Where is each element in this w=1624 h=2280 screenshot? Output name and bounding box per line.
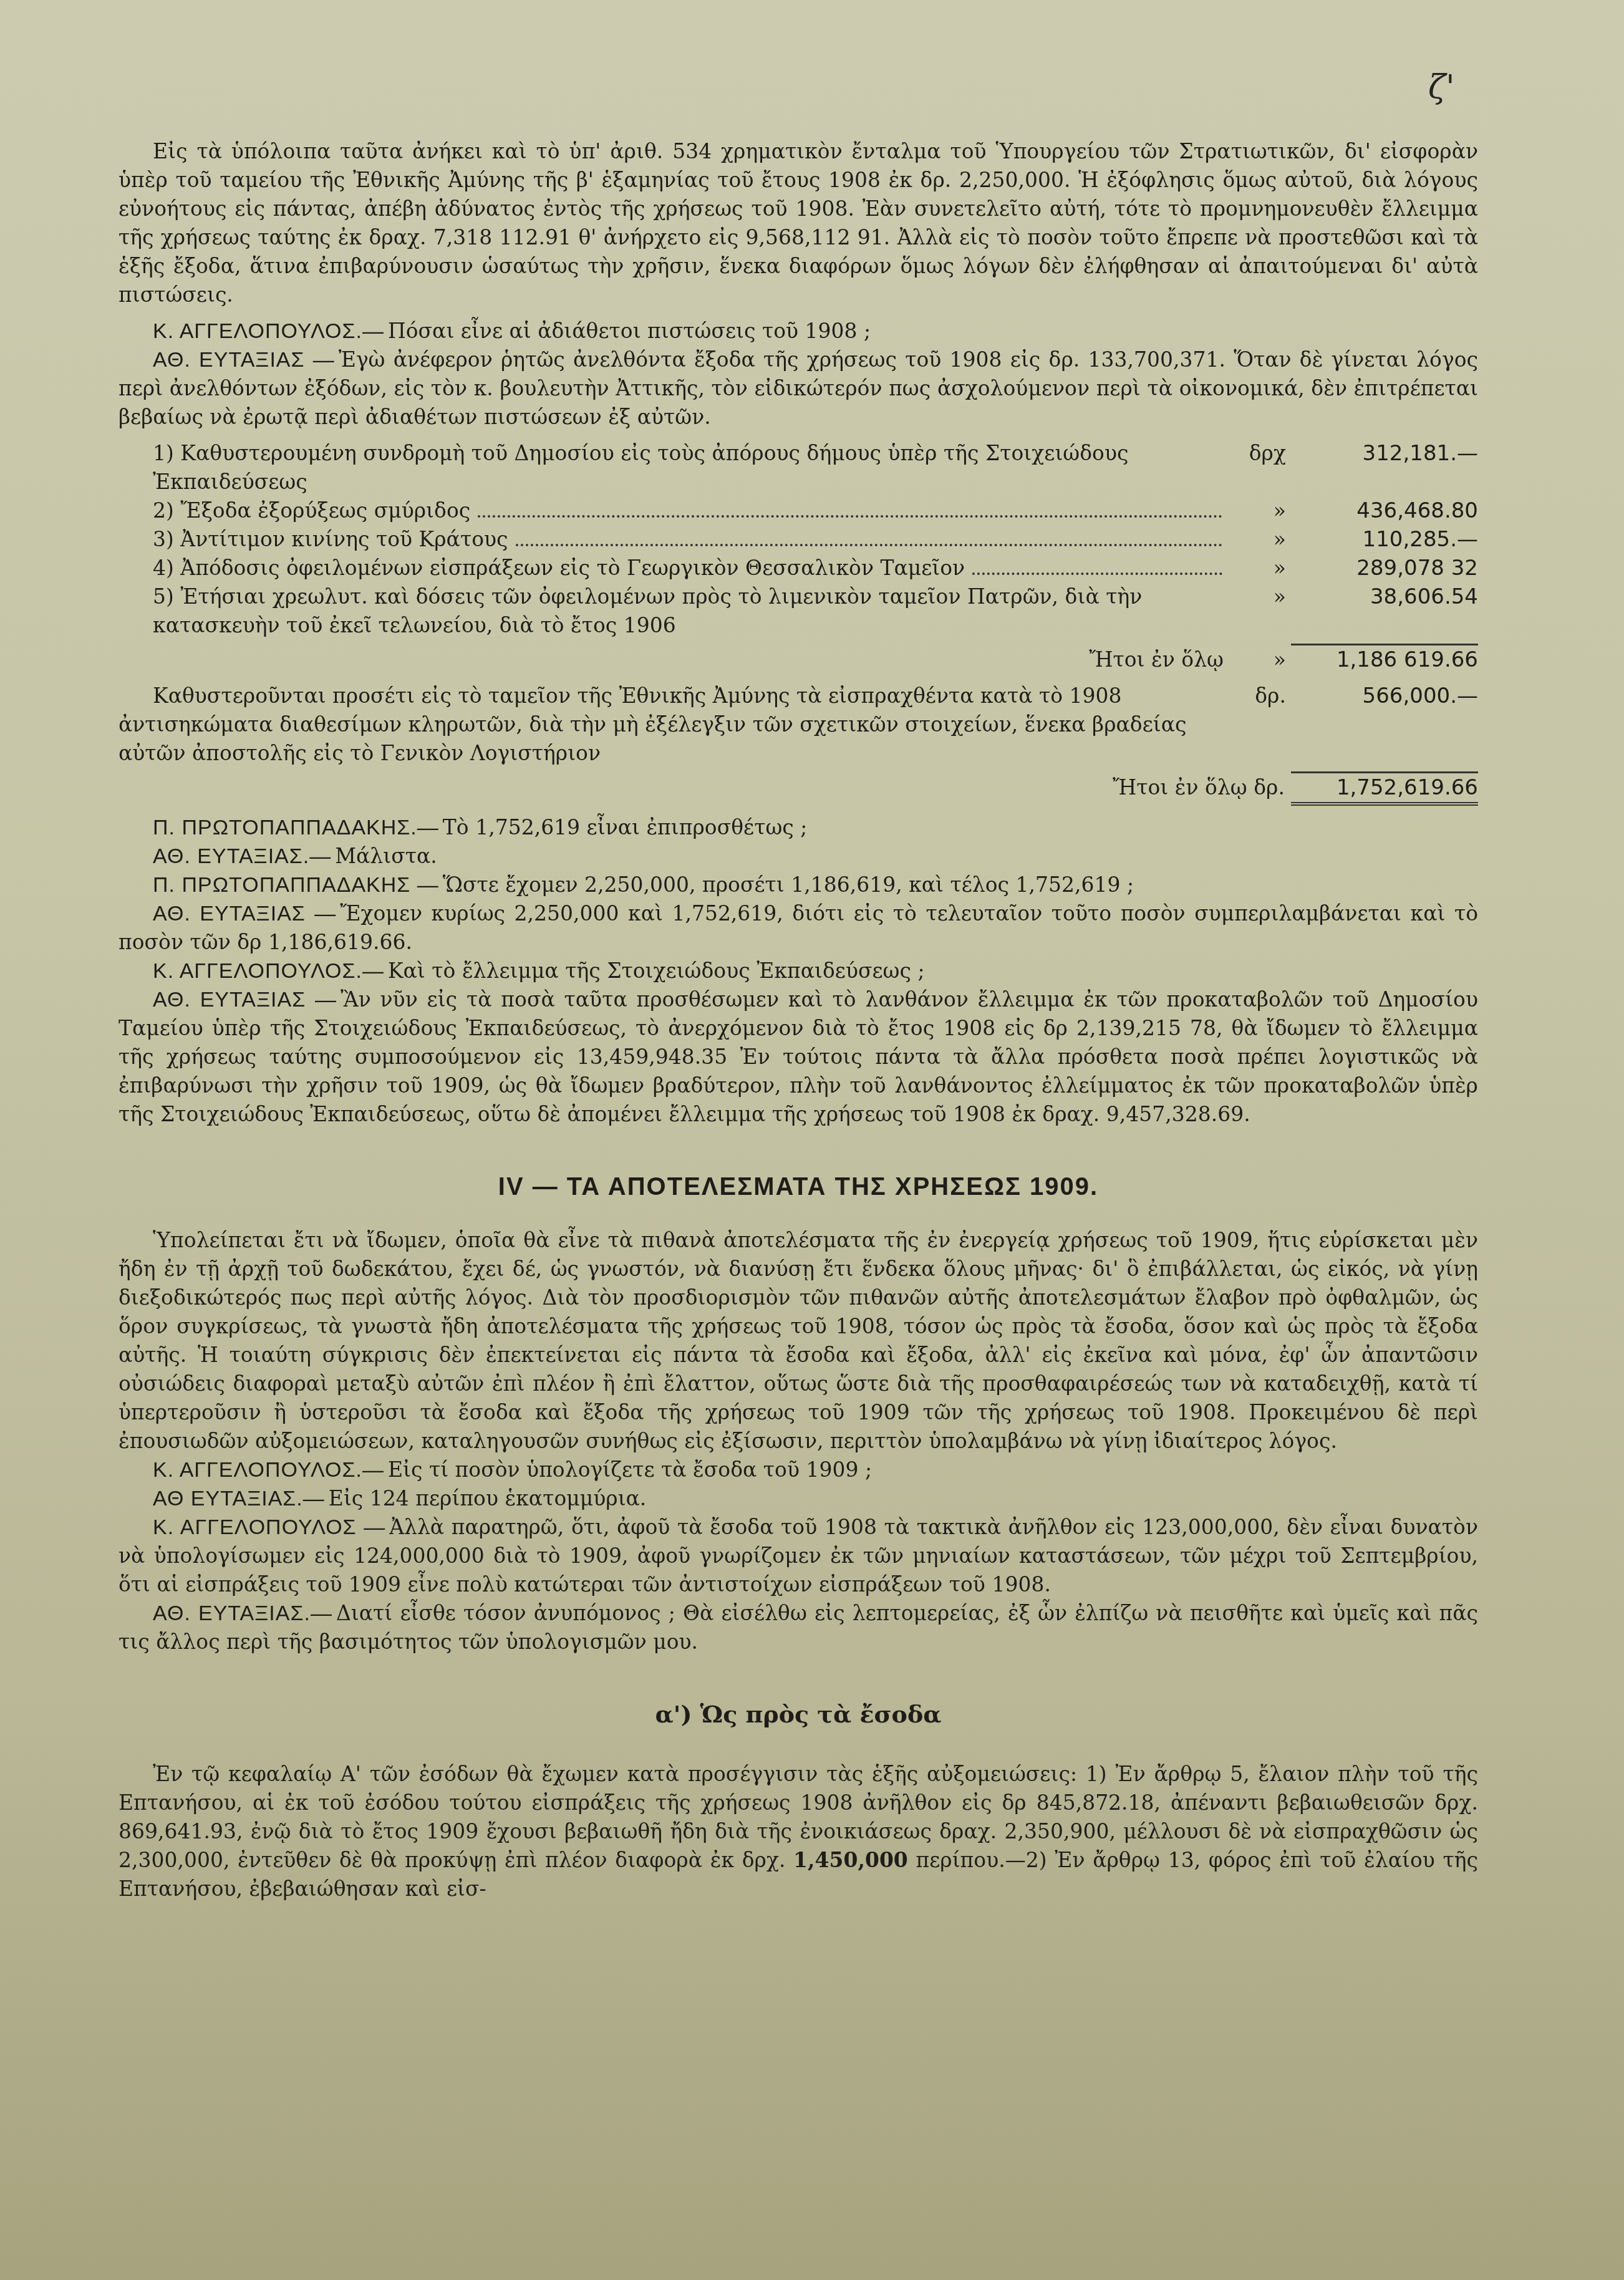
dialogue-line: ΑΘ. ΕΥΤΑΞΙΑΣ —Ἐγὼ ἀνέφερον ῥητῶς ἀνελθόν… [118, 345, 1478, 432]
final-paragraph-bold-amount: 1,450,000 [793, 1848, 908, 1872]
expense-item-unit: » [1230, 582, 1291, 611]
expense-items-list: 1) Καθυστερουμένη συνδρομὴ τοῦ Δημοσίου … [118, 439, 1478, 674]
delayed-text: Καθυστεροῦνται προσέτι εἰς τὸ ταμεῖον τῆ… [118, 682, 1230, 768]
speaker-name: Κ. ΑΓΓΕΛΟΠΟΥΛΟΣ.— [153, 319, 384, 343]
expense-item-unit: » [1230, 554, 1291, 582]
delayed-amount-row: Καθυστεροῦνται προσέτι εἰς τὸ ταμεῖον τῆ… [118, 682, 1478, 768]
delayed-unit: δρ. [1230, 682, 1291, 710]
expense-item-text: 2) Ἔξοδα ἐξορύξεως σμύριδος [153, 496, 470, 525]
dialogue-line: ΑΘ ΕΥΤΑΞΙΑΣ.—Εἰς 124 περίπου ἑκατομμύρια… [118, 1484, 1478, 1513]
leader-dots [516, 544, 1222, 546]
speaker-name: ΑΘ. ΕΥΤΑΞΙΑΣ — [153, 902, 336, 925]
dialogue-line: ΑΘ. ΕΥΤΑΞΙΑΣ —Ἔχομεν κυρίως 2,250,000 κα… [118, 899, 1478, 957]
dialogue-line: Κ. ΑΓΓΕΛΟΠΟΥΛΟΣ.—Πόσαι εἶνε αἱ ἀδιάθετοι… [118, 317, 1478, 345]
grand-total-row: Ἤτοι ἐν ὅλῳ δρ. 1,752,619.66 [118, 771, 1478, 806]
speaker-name: ΑΘ. ΕΥΤΑΞΙΑΣ.— [153, 1601, 332, 1625]
expense-item: 4) Ἀπόδοσις ὀφειλομένων εἰσπράξεων εἰς τ… [118, 554, 1478, 582]
dialogue-line: Κ. ΑΓΓΕΛΟΠΟΥΛΟΣ.—Καὶ τὸ ἔλλειμμα τῆς Στο… [118, 957, 1478, 985]
section-heading: IV — ΤΑ ΑΠΟΤΕΛΕΣΜΑΤΑ ΤΗΣ ΧΡΗΣΕΩΣ 1909. [118, 1172, 1478, 1201]
expense-item-text: 3) Ἀντίτιμον κινίνης τοῦ Κράτους [153, 525, 508, 554]
expense-item-text: 1) Καθυστερουμένη συνδρομὴ τοῦ Δημοσίου … [153, 439, 1230, 496]
speaker-name: Κ. ΑΓΓΕΛΟΠΟΥΛΟΣ.— [153, 959, 384, 983]
dialogue-text: Τὸ 1,752,619 εἶναι ἐπιπροσθέτως ; [443, 815, 808, 839]
speaker-name: Κ. ΑΓΓΕΛΟΠΟΥΛΟΣ.— [153, 1458, 384, 1482]
subtotal-amount: 1,186 619.66 [1291, 644, 1478, 674]
subtotal-unit: » [1230, 645, 1291, 674]
dialogue-text: Εἰς 124 περίπου ἑκατομμύρια. [329, 1486, 647, 1510]
grand-total-amount: 1,752,619.66 [1291, 771, 1478, 806]
expense-item-text: 4) Ἀπόδοσις ὀφειλομένων εἰσπράξεων εἰς τ… [153, 554, 965, 582]
expense-item-unit: » [1230, 496, 1291, 525]
dialogue-text: Ὥστε ἔχομεν 2,250,000, προσέτι 1,186,619… [443, 872, 1134, 897]
expense-item: 3) Ἀντίτιμον κινίνης τοῦ Κράτους » 110,2… [118, 525, 1478, 554]
leader-dots [972, 572, 1222, 575]
expense-item-amount: 436,468.80 [1291, 496, 1478, 525]
speaker-name: ΑΘ. ΕΥΤΑΞΙΑΣ.— [153, 844, 331, 868]
dialogue-text: Πόσαι εἶνε αἱ ἀδιάθετοι πιστώσεις τοῦ 19… [388, 319, 871, 343]
subtotal-row: Ἤτοι ἐν ὅλῳ » 1,186 619.66 [118, 644, 1478, 674]
expense-item-amount: 38,606.54 [1291, 582, 1478, 611]
section-paragraph: Ὑπολείπεται ἔτι νὰ ἴδωμεν, ὁποῖα θὰ εἶνε… [118, 1226, 1478, 1456]
expense-item-unit: δρχ [1230, 439, 1291, 468]
expense-item: 1) Καθυστερουμένη συνδρομὴ τοῦ Δημοσίου … [118, 439, 1478, 496]
expense-item-text: 5) Ἐτήσιαι χρεωλυτ. καὶ δόσεις τῶν ὀφειλ… [153, 582, 1230, 640]
dialogue-line: ΑΘ. ΕΥΤΑΞΙΑΣ.—Διατί εἶσθε τόσον ἀνυπόμον… [118, 1599, 1478, 1656]
subtotal-label: Ἤτοι ἐν ὅλῳ [1089, 645, 1224, 674]
final-paragraph: Ἐν τῷ κεφαλαίῳ Α' τῶν ἐσόδων θὰ ἔχωμεν κ… [118, 1760, 1478, 1903]
speaker-name: ΑΘ ΕΥΤΑΞΙΑΣ.— [153, 1487, 325, 1510]
leader-dots [478, 515, 1222, 518]
grand-total-label: Ἤτοι ἐν ὅλῳ δρ. [1113, 773, 1285, 802]
expense-item: 5) Ἐτήσιαι χρεωλυτ. καὶ δόσεις τῶν ὀφειλ… [118, 582, 1478, 640]
expense-item-unit: » [1230, 525, 1291, 554]
expense-item-amount: 110,285.— [1291, 525, 1478, 554]
dialogue-text: Εἰς τί ποσὸν ὑπολογίζετε τὰ ἔσοδα τοῦ 19… [388, 1457, 872, 1482]
speaker-name: Π. ΠΡΩΤΟΠΑΠΠΑΔΑΚΗΣ — [153, 873, 439, 897]
expense-item: 2) Ἔξοδα ἐξορύξεως σμύριδος » 436,468.80 [118, 496, 1478, 525]
document-page: Εἰς τὰ ὑπόλοιπα ταῦτα ἀνήκει καὶ τὸ ὑπ' … [118, 56, 1478, 1903]
delayed-amount: 566,000.— [1291, 682, 1478, 710]
dialogue-line: Π. ΠΡΩΤΟΠΑΠΠΑΔΑΚΗΣ —Ὥστε ἔχομεν 2,250,00… [118, 871, 1478, 899]
subsection-heading: α') Ὡς πρὸς τὰ ἔσοδα [118, 1700, 1478, 1729]
expense-item-amount: 312,181.— [1291, 439, 1478, 468]
dialogue-text: Καὶ τὸ ἔλλειμμα τῆς Στοιχειώδους Ἐκπαιδε… [388, 959, 925, 983]
speaker-name: ΑΘ. ΕΥΤΑΞΙΑΣ — [153, 988, 337, 1012]
speaker-name: Κ. ΑΓΓΕΛΟΠΟΥΛΟΣ — [153, 1515, 385, 1539]
speaker-name: Π. ΠΡΩΤΟΠΑΠΠΑΔΑΚΗΣ.— [153, 816, 439, 839]
dialogue-line: Κ. ΑΓΓΕΛΟΠΟΥΛΟΣ —Ἀλλὰ παρατηρῶ, ὅτι, ἀφο… [118, 1513, 1478, 1599]
dialogue-line: ΑΘ. ΕΥΤΑΞΙΑΣ.—Μάλιστα. [118, 842, 1478, 871]
intro-paragraph: Εἰς τὰ ὑπόλοιπα ταῦτα ἀνήκει καὶ τὸ ὑπ' … [118, 137, 1478, 309]
dialogue-line: ΑΘ. ΕΥΤΑΞΙΑΣ —Ἂν νῦν εἰς τὰ ποσὰ ταῦτα π… [118, 985, 1478, 1129]
dialogue-line: Π. ΠΡΩΤΟΠΑΠΠΑΔΑΚΗΣ.—Τὸ 1,752,619 εἶναι ἐ… [118, 813, 1478, 842]
expense-item-amount: 289,078 32 [1291, 554, 1478, 582]
dialogue-text: Μάλιστα. [335, 844, 437, 868]
dialogue-line: Κ. ΑΓΓΕΛΟΠΟΥΛΟΣ.—Εἰς τί ποσὸν ὑπολογίζετ… [118, 1456, 1478, 1484]
speaker-name: ΑΘ. ΕΥΤΑΞΙΑΣ — [153, 348, 335, 372]
